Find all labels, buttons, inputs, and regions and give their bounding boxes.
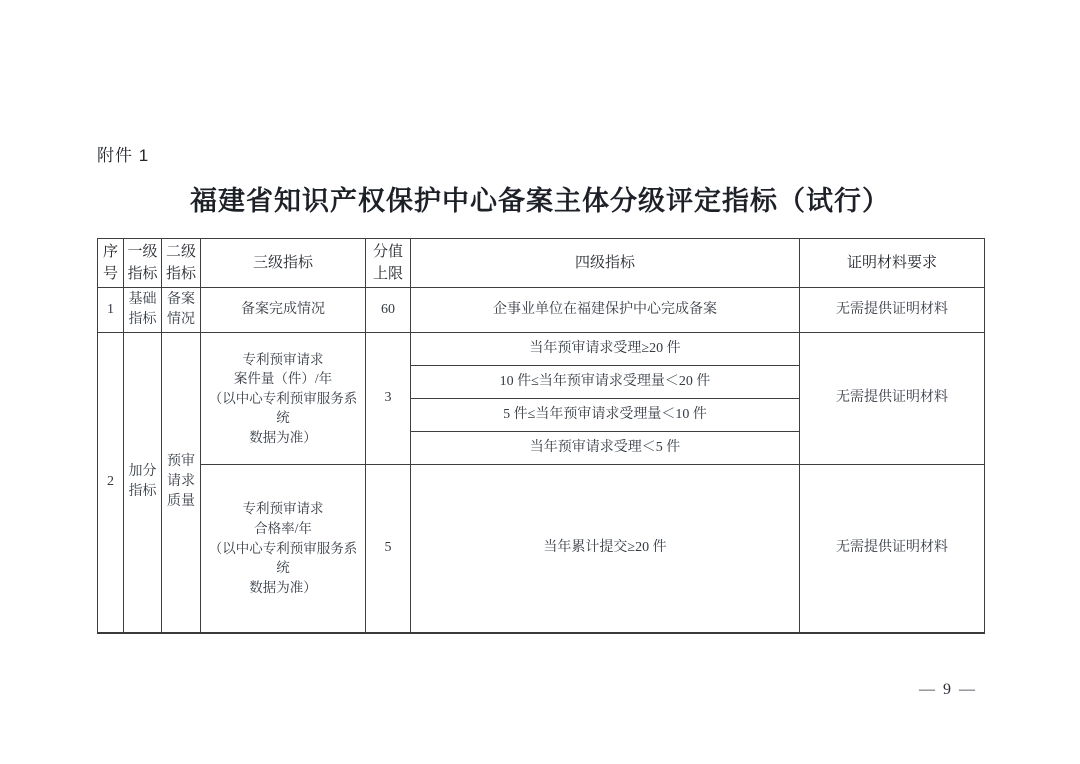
- table-row: 2 加分指标 预审请求质量 专利预审请求 案件量（件）/年 （以中心专利预审服务…: [98, 333, 985, 366]
- cell-proof: 无需提供证明材料: [800, 465, 985, 633]
- cell-level2: 备案情况: [162, 287, 201, 333]
- cell-proof: 无需提供证明材料: [800, 333, 985, 465]
- cell-level1: 加分指标: [124, 333, 162, 633]
- cell-level4: 10 件≤当年预审请求受理量＜20 件: [411, 366, 800, 399]
- table-row: 1 基础指标 备案情况 备案完成情况 60 企事业单位在福建保护中心完成备案 无…: [98, 287, 985, 333]
- col-header-no: 序号: [98, 239, 124, 288]
- cell-no: 1: [98, 287, 124, 333]
- cell-level4: 当年预审请求受理＜5 件: [411, 432, 800, 465]
- col-header-score: 分值上限: [366, 239, 411, 288]
- page-number: — 9 —: [919, 681, 977, 699]
- cell-level2: 预审请求质量: [162, 333, 201, 633]
- cell-proof: 无需提供证明材料: [800, 287, 985, 333]
- cell-score: 60: [366, 287, 411, 333]
- cell-level4: 当年预审请求受理≥20 件: [411, 333, 800, 366]
- col-header-level4: 四级指标: [411, 239, 800, 288]
- col-header-level1: 一级指标: [124, 239, 162, 288]
- col-header-level2: 二级指标: [162, 239, 201, 288]
- indicator-table: 序号 一级指标 二级指标 三级指标 分值上限 四级指标 证明材料要求 1 基础指…: [97, 238, 985, 634]
- col-header-proof: 证明材料要求: [800, 239, 985, 288]
- table-header-row: 序号 一级指标 二级指标 三级指标 分值上限 四级指标 证明材料要求: [98, 239, 985, 288]
- document-page: 附件 1 福建省知识产权保护中心备案主体分级评定指标（试行） 序号 一级指标 二…: [0, 0, 1080, 764]
- cell-score: 5: [366, 465, 411, 633]
- table-row: 专利预审请求 合格率/年 （以中心专利预审服务系统 数据为准） 5 当年累计提交…: [98, 465, 985, 633]
- col-header-level3: 三级指标: [201, 239, 366, 288]
- cell-level4: 企事业单位在福建保护中心完成备案: [411, 287, 800, 333]
- cell-level4: 当年累计提交≥20 件: [411, 465, 800, 633]
- page-title: 福建省知识产权保护中心备案主体分级评定指标（试行）: [0, 179, 1080, 218]
- cell-level3: 备案完成情况: [201, 287, 366, 333]
- cell-score: 3: [366, 333, 411, 465]
- cell-level4: 5 件≤当年预审请求受理量＜10 件: [411, 399, 800, 432]
- cell-no: 2: [98, 333, 124, 633]
- cell-level3: 专利预审请求 案件量（件）/年 （以中心专利预审服务系统 数据为准）: [201, 333, 366, 465]
- attachment-label: 附件 1: [97, 141, 149, 166]
- cell-level1: 基础指标: [124, 287, 162, 333]
- cell-level3: 专利预审请求 合格率/年 （以中心专利预审服务系统 数据为准）: [201, 465, 366, 633]
